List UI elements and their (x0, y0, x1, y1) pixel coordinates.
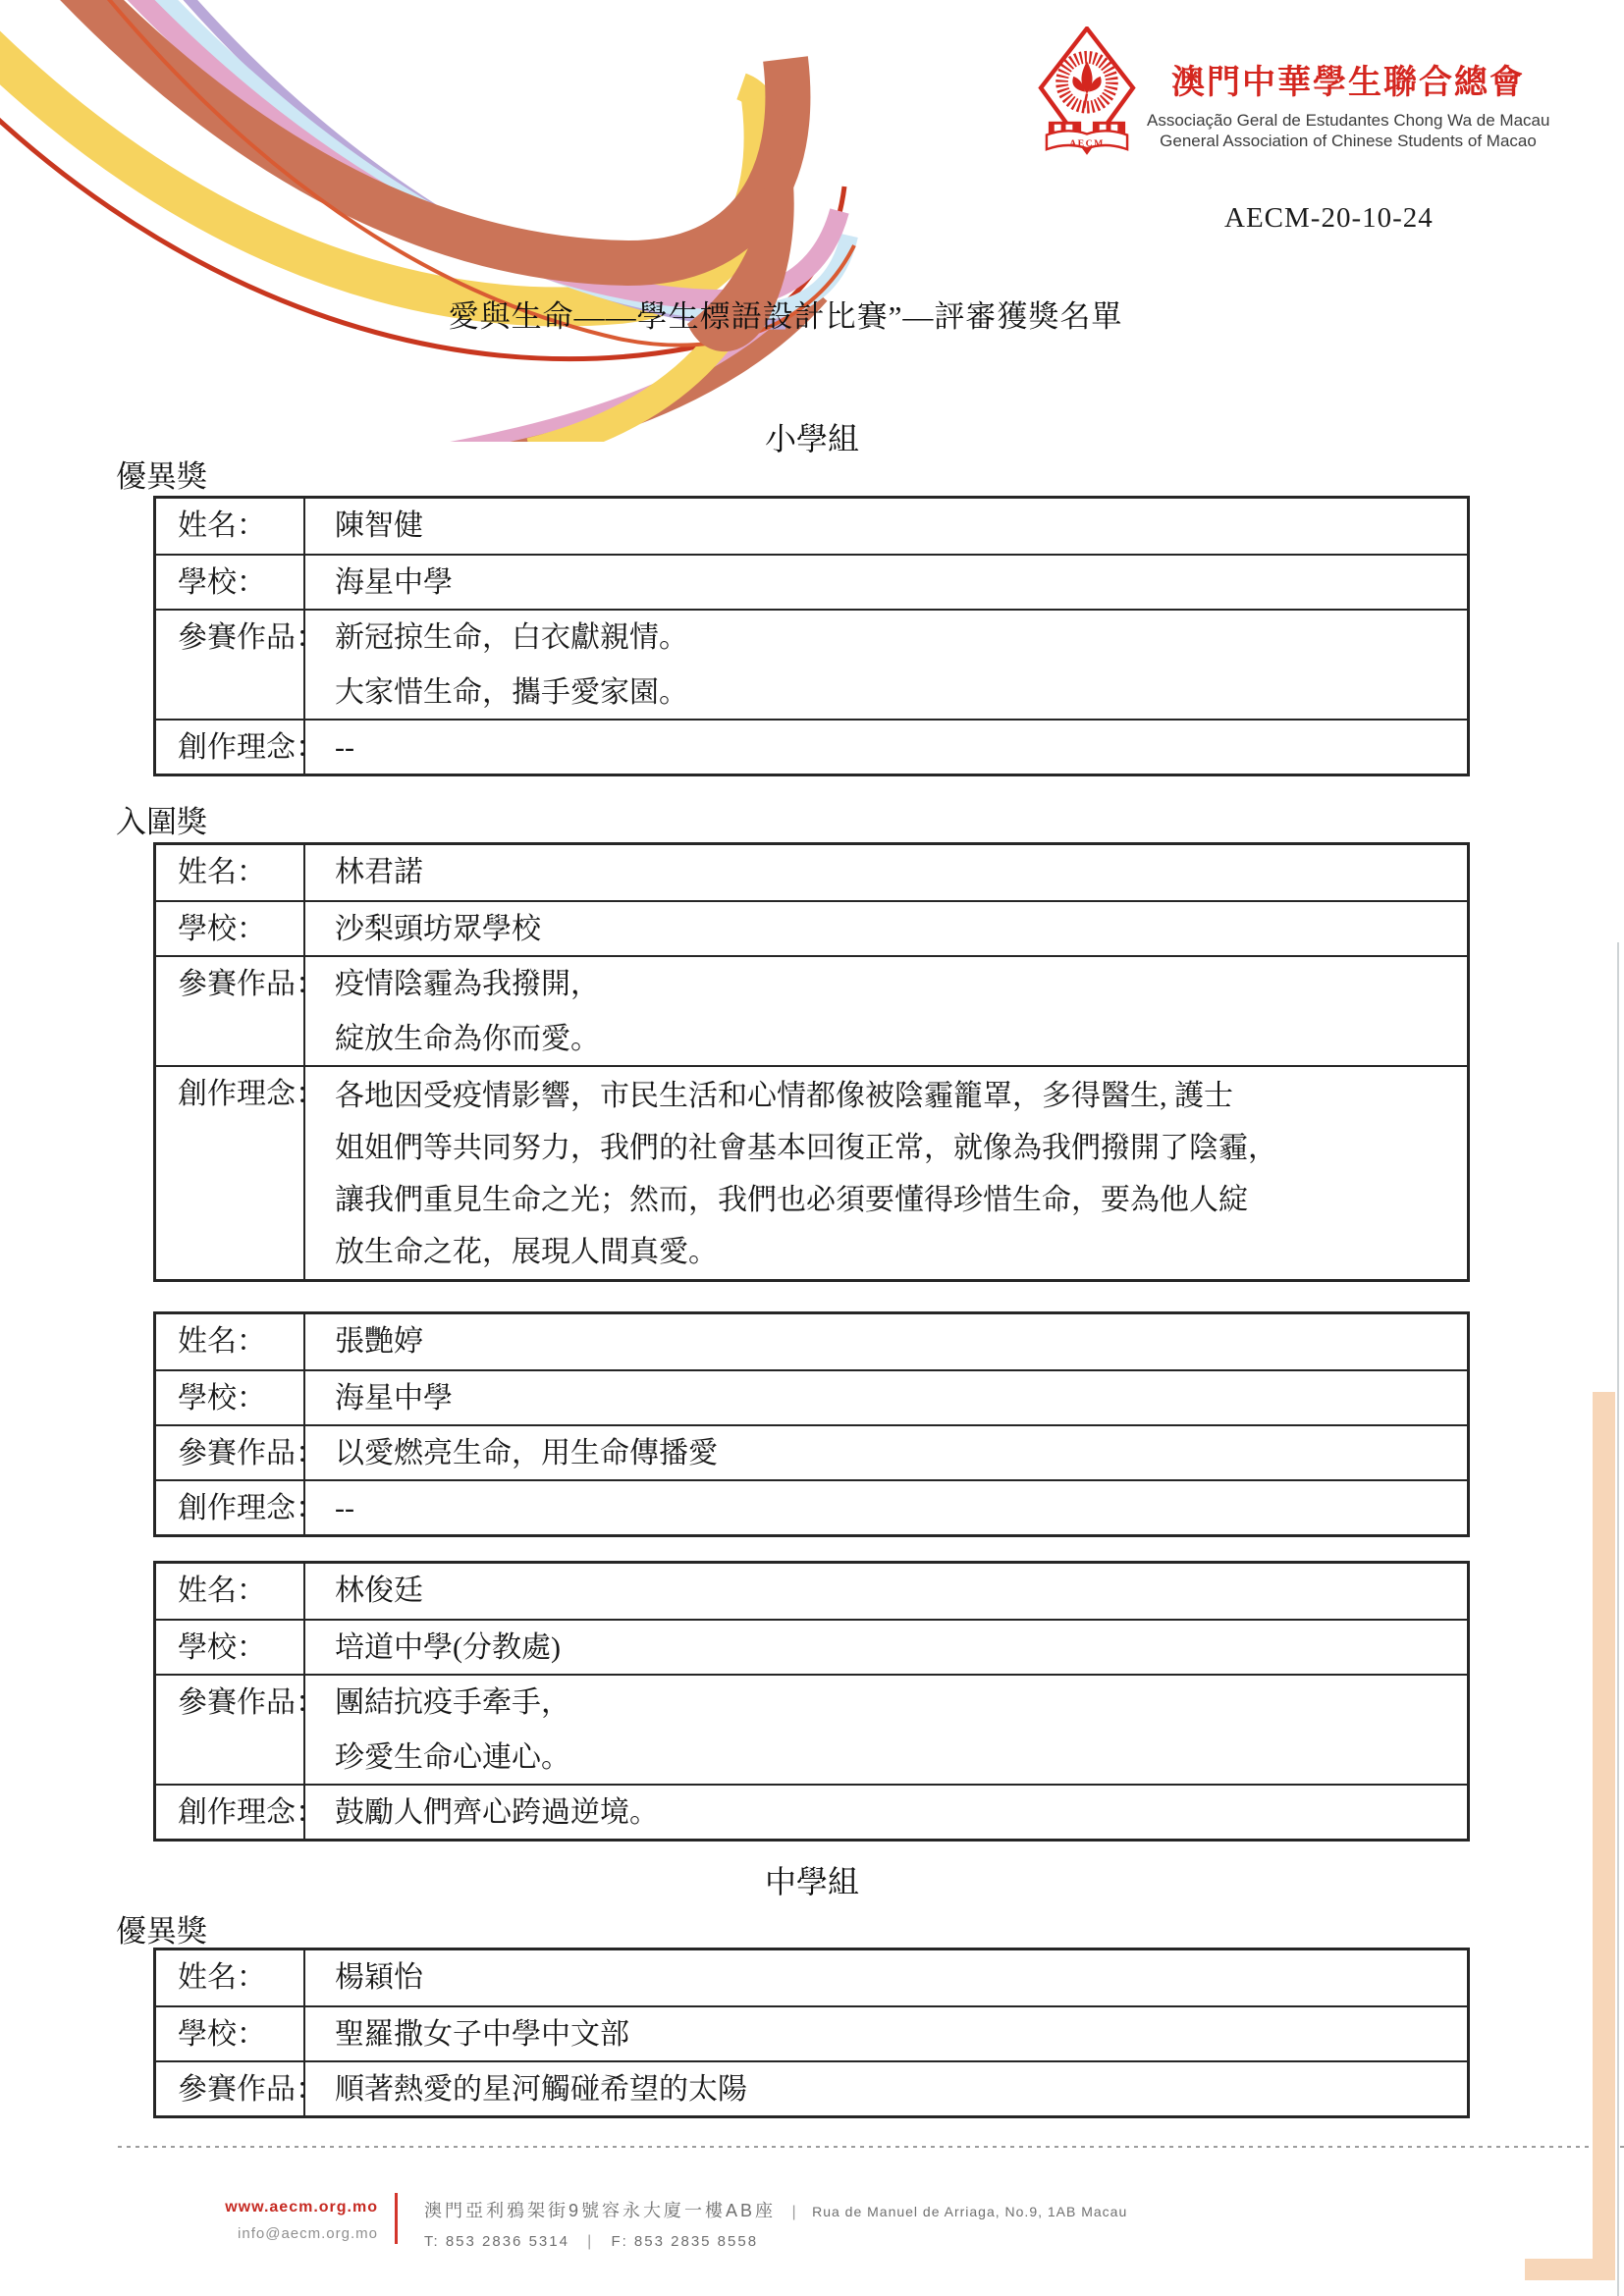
field-label-concept: 創作理念： (156, 1481, 305, 1534)
work-line: 綻放生命為你而愛。 (335, 1012, 1467, 1067)
org-name-block: 澳門中華學生聯合總會 Associação Geral de Estudante… (1147, 55, 1549, 151)
winner-school: 培道中學(分教處) (305, 1621, 1467, 1674)
work-line: 團結抗疫手牽手， (335, 1676, 1467, 1731)
concept-line: 放生命之花，展現人間真愛。 (335, 1226, 1467, 1278)
work-line: 新冠掠生命，白衣獻親情。 (335, 611, 1467, 666)
section-heading-primary: 小學組 (0, 414, 1624, 459)
concept-line: 各地因受疫情影響，市民生活和心情都像被陰霾籠罩，多得醫生, 護士 (335, 1070, 1467, 1122)
field-label-work: 參賽作品： (156, 1676, 305, 1784)
footer-pipe: | (791, 2204, 795, 2220)
footer-address-block: 澳門亞利鴉架街9號容永大廈一樓AB座 | Rua de Manuel de Ar… (424, 2197, 1127, 2251)
org-logo: AECM (1038, 27, 1136, 156)
winner-concept: 各地因受疫情影響，市民生活和心情都像被陰霾籠罩，多得醫生, 護士 姐姐們等共同努… (305, 1067, 1467, 1279)
winner-work: 以愛燃亮生命，用生命傳播愛 (305, 1426, 1467, 1479)
footer-email: info@aecm.org.mo (118, 2225, 378, 2242)
footer-fax: F: 853 2835 8558 (611, 2233, 758, 2250)
field-label-work: 參賽作品： (156, 2062, 305, 2115)
field-label-concept: 創作理念： (156, 1786, 305, 1839)
field-label-school: 學校： (156, 1621, 305, 1674)
field-label-name: 姓名： (156, 845, 305, 900)
winner-concept: -- (305, 1481, 1467, 1534)
award-table: 姓名： 林俊廷 學校： 培道中學(分教處) 參賽作品： 團結抗疫手牽手， 珍愛生… (153, 1561, 1470, 1842)
field-label-school: 學校： (156, 1371, 305, 1424)
field-label-name: 姓名： (156, 1950, 305, 2005)
footer-red-divider (395, 2193, 398, 2244)
work-line: 珍愛生命心連心。 (335, 1731, 1467, 1786)
footer-tel: T: 853 2836 5314 (424, 2233, 569, 2250)
winner-school: 海星中學 (305, 556, 1467, 609)
document-page: AECM 澳門中華學生聯合總會 Associação Geral de Estu… (0, 0, 1624, 2296)
winner-name: 林俊廷 (305, 1564, 1467, 1619)
footer-address-en: Rua de Manuel de Arriaga, No.9, 1AB Maca… (812, 2204, 1127, 2219)
footer-contact-left: www.aecm.org.mo info@aecm.org.mo (118, 2199, 378, 2242)
work-line: 大家惜生命，攜手愛家園。 (335, 666, 1467, 721)
field-label-work: 參賽作品： (156, 957, 305, 1065)
field-label-school: 學校： (156, 2007, 305, 2060)
ref-number: AECM-20-10-24 (1224, 202, 1434, 235)
winner-school: 沙梨頭坊眾學校 (305, 902, 1467, 955)
doc-title: 愛與生命——學生標語設計比賽”—評審獲獎名單 (0, 292, 1571, 336)
field-label-concept: 創作理念： (156, 1067, 305, 1279)
winner-work: 團結抗疫手牽手， 珍愛生命心連心。 (305, 1676, 1467, 1784)
award-table: 姓名： 張艷婷 學校： 海星中學 參賽作品： 以愛燃亮生命，用生命傳播愛 創作理… (153, 1311, 1470, 1537)
footer-pipe: | (587, 2233, 593, 2250)
award-table: 姓名： 陳智健 學校： 海星中學 參賽作品： 新冠掠生命，白衣獻親情。 大家惜生… (153, 496, 1470, 776)
award-table: 姓名： 林君諾 學校： 沙梨頭坊眾學校 參賽作品： 疫情陰霾為我撥開， 綻放生命… (153, 842, 1470, 1282)
org-name-en: General Association of Chinese Students … (1147, 131, 1549, 151)
field-label-name: 姓名： (156, 1564, 305, 1619)
org-name-pt: Associação Geral de Estudantes Chong Wa … (1147, 110, 1549, 131)
section-heading-secondary: 中學組 (0, 1857, 1624, 1902)
field-label-concept: 創作理念： (156, 721, 305, 774)
page-edge-accent-vertical (1593, 1392, 1615, 2280)
winner-work: 疫情陰霾為我撥開， 綻放生命為你而愛。 (305, 957, 1467, 1065)
logo-acronym-text: AECM (1069, 138, 1105, 149)
winner-work: 新冠掠生命，白衣獻親情。 大家惜生命，攜手愛家園。 (305, 611, 1467, 719)
winner-name: 陳智健 (305, 499, 1467, 554)
decorative-ribbons-graphic (0, 0, 864, 442)
field-label-work: 參賽作品： (156, 1426, 305, 1479)
award-label-merit: 優異獎 (116, 452, 207, 496)
winner-work: 順著熱愛的星河觸碰希望的太陽 (305, 2062, 1467, 2115)
award-table: 姓名： 楊穎怡 學校： 聖羅撒女子中學中文部 參賽作品： 順著熱愛的星河觸碰希望… (153, 1948, 1470, 2118)
field-label-school: 學校： (156, 902, 305, 955)
field-label-school: 學校： (156, 556, 305, 609)
award-label-shortlist: 入圍獎 (116, 797, 207, 841)
winner-concept: -- (305, 721, 1467, 774)
footer-website: www.aecm.org.mo (118, 2199, 378, 2216)
work-line: 疫情陰霾為我撥開， (335, 957, 1467, 1012)
field-label-name: 姓名： (156, 499, 305, 554)
footer-separator-line (118, 2146, 1624, 2148)
footer-address-zh: 澳門亞利鴉架街9號容永大廈一樓AB座 (424, 2201, 776, 2220)
concept-line: 讓我們重見生命之光；然而，我們也必須要懂得珍惜生命，要為他人綻 (335, 1174, 1467, 1226)
field-label-work: 參賽作品： (156, 611, 305, 719)
scan-edge-line (1617, 942, 1619, 2296)
page-edge-accent-horizontal (1525, 2259, 1615, 2280)
award-label-merit: 優異獎 (116, 1906, 207, 1950)
concept-line: 姐姐們等共同努力，我們的社會基本回復正常，就像為我們撥開了陰霾， (335, 1122, 1467, 1174)
org-name-zh: 澳門中華學生聯合總會 (1147, 55, 1549, 103)
winner-school: 聖羅撒女子中學中文部 (305, 2007, 1467, 2060)
winner-name: 張艷婷 (305, 1314, 1467, 1369)
winner-school: 海星中學 (305, 1371, 1467, 1424)
winner-concept: 鼓勵人們齊心跨過逆境。 (305, 1786, 1467, 1839)
field-label-name: 姓名： (156, 1314, 305, 1369)
winner-name: 楊穎怡 (305, 1950, 1467, 2005)
winner-name: 林君諾 (305, 845, 1467, 900)
